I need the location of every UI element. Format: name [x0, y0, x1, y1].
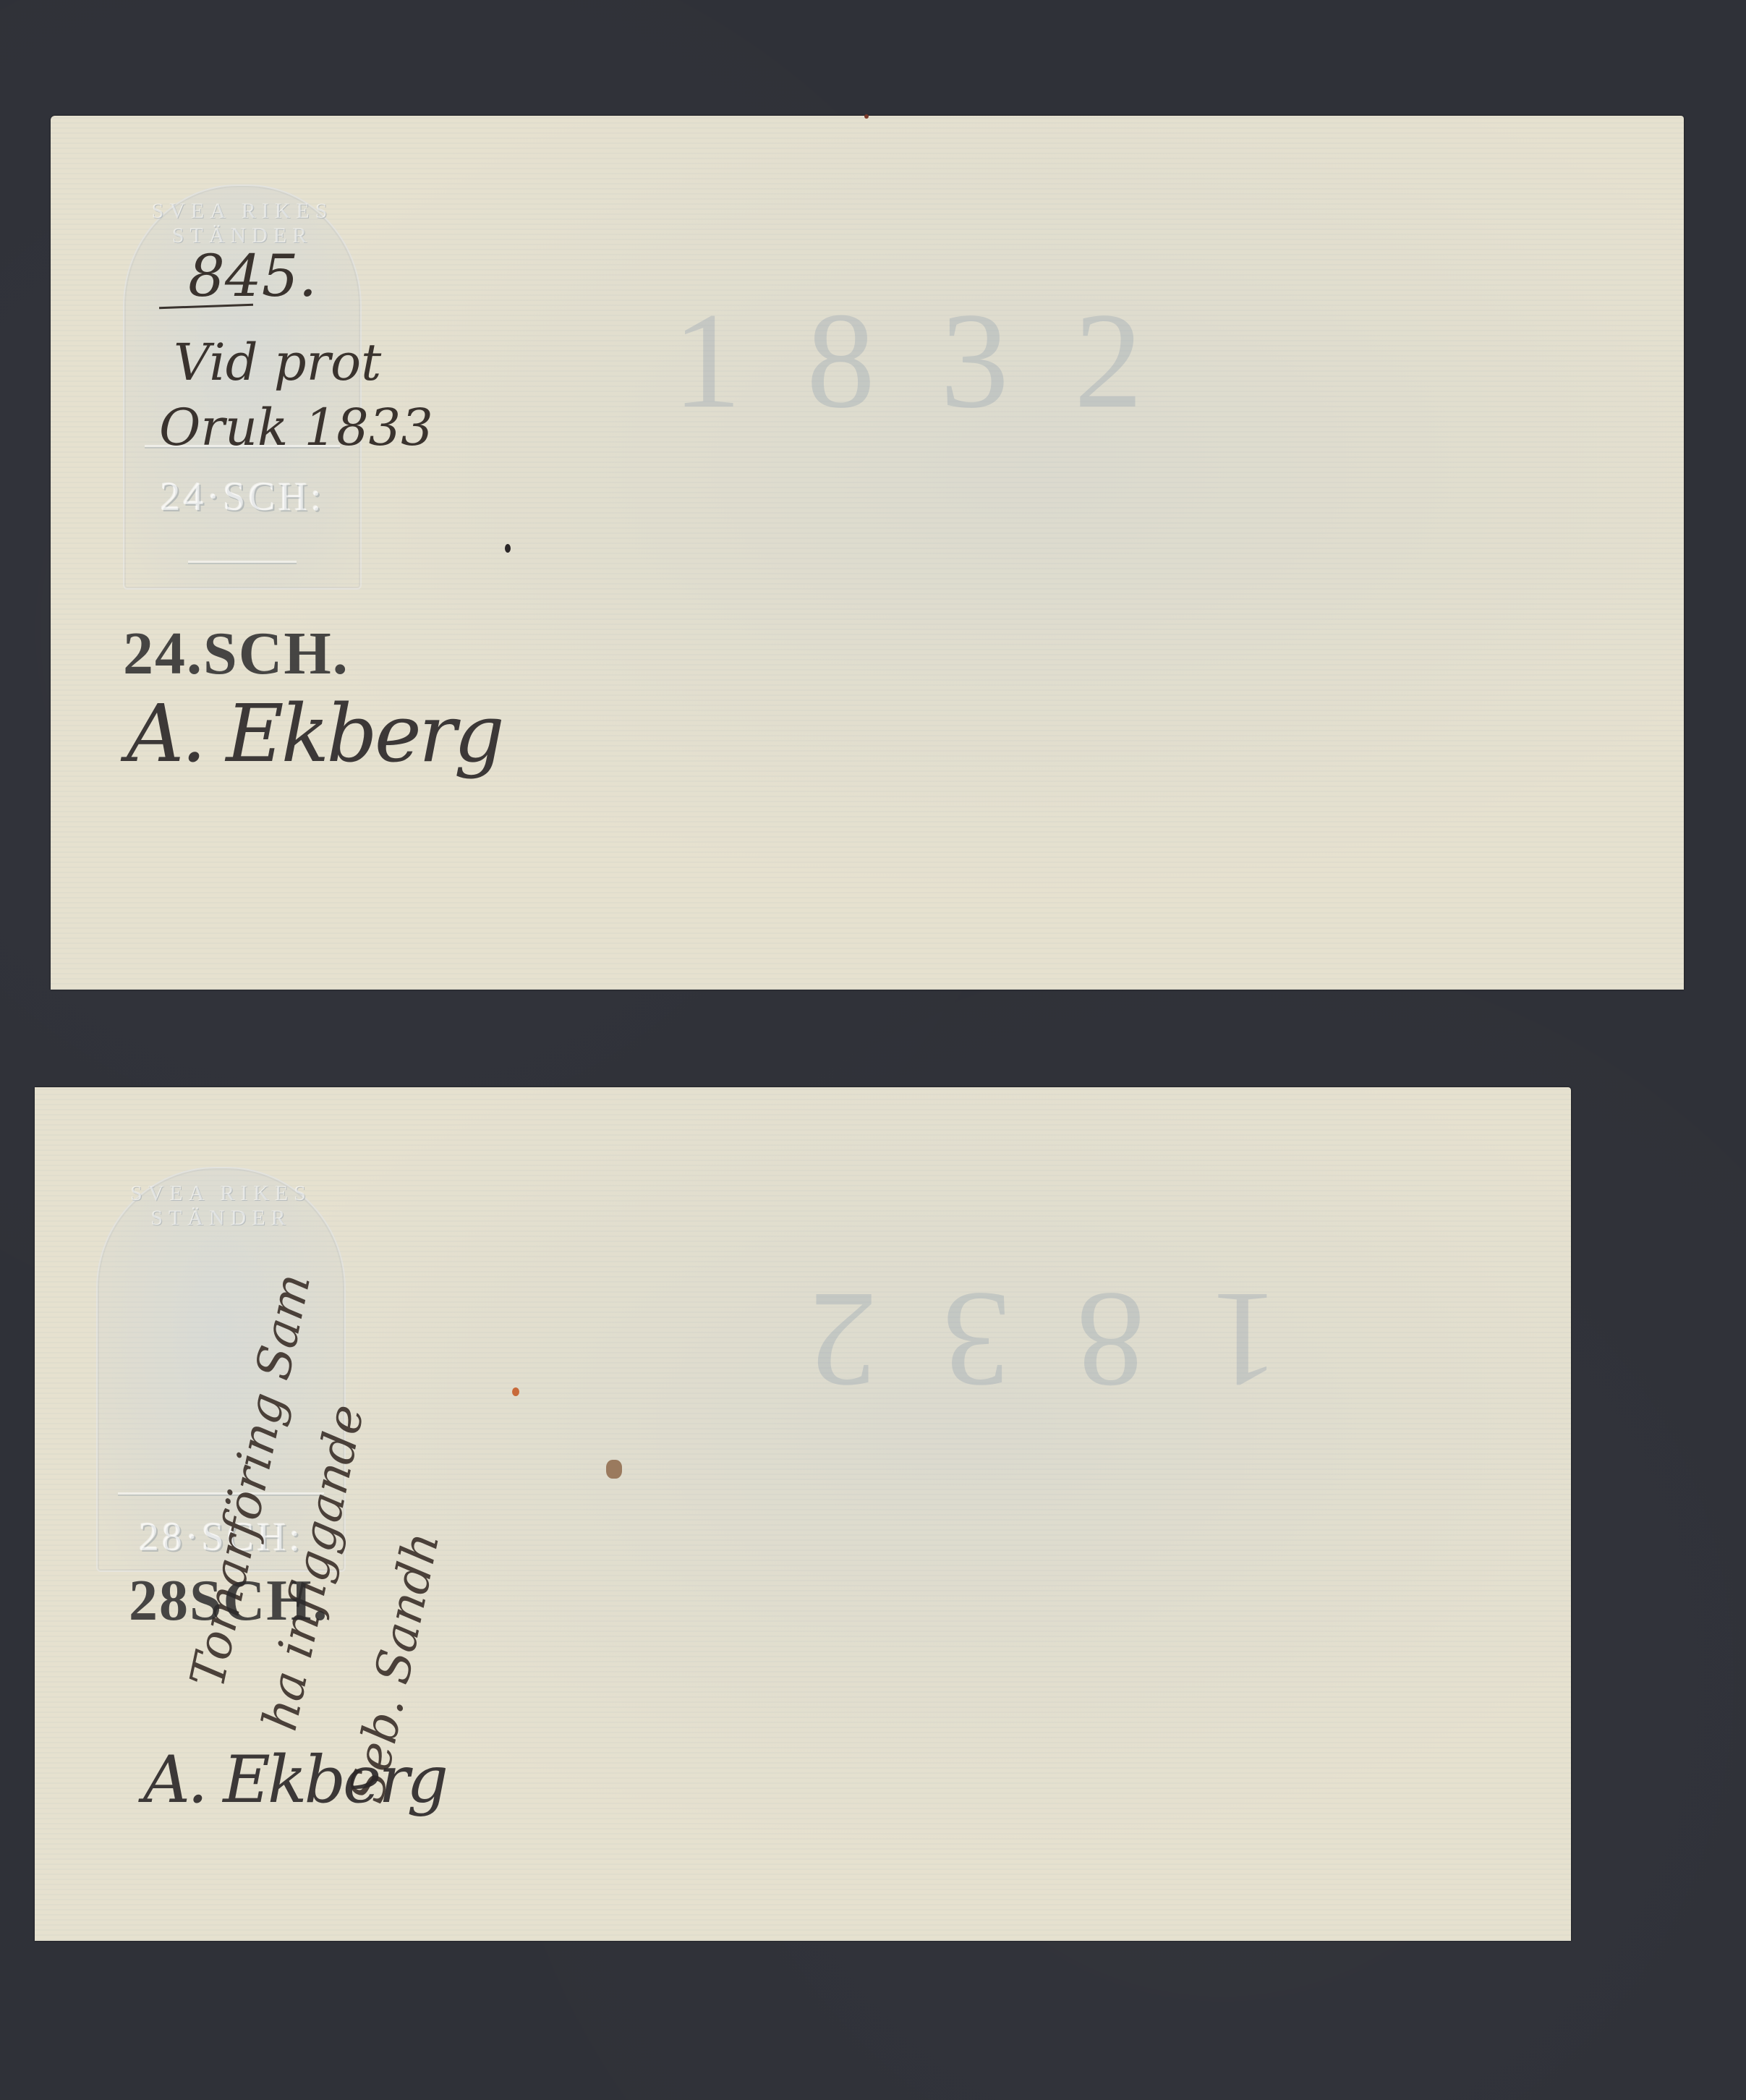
stamped-paper-bottom: 1832 SVEA RIKES STÄNDER 28·SCH: Tomarför… [35, 1087, 1571, 1941]
watermark-bottom: 1832 [744, 1261, 1279, 1419]
seal-legend: SVEA RIKES STÄNDER [96, 1181, 346, 1230]
seal-legend: SVEA RIKES STÄNDER [123, 199, 362, 248]
manuscript-line-1: Vid prot [174, 333, 381, 392]
watermark-top: 1832 [673, 282, 1208, 440]
seal-value: 24·SCH: [130, 474, 354, 520]
signature-bottom: A. Ekberg [143, 1742, 446, 1818]
debris-spot [606, 1460, 622, 1479]
stamped-paper-top: 1832 SVEA RIKES STÄNDER 24·SCH: 845. Vid… [51, 116, 1684, 990]
manuscript-line-2: Oruk 1833 [159, 398, 433, 457]
handstamp-top: 24.SCH. [123, 618, 349, 689]
stain-dot [864, 114, 869, 119]
ink-dot [505, 544, 511, 553]
seal-rule [188, 561, 297, 563]
manuscript-number: 845. [188, 242, 317, 310]
rust-spot [512, 1387, 519, 1396]
handstamp-bottom: 28SCH. [129, 1568, 329, 1634]
signature-top: A. Ekberg [127, 687, 502, 780]
